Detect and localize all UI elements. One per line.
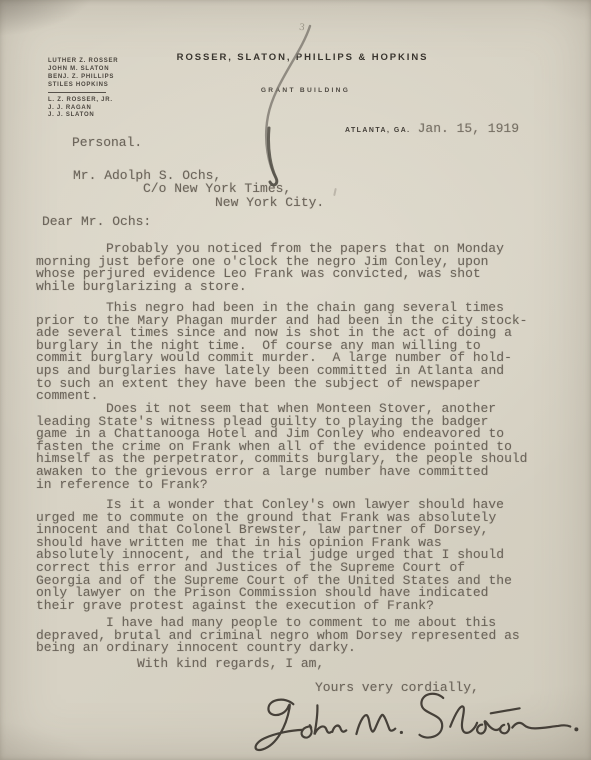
paragraph-4: Is it a wonder that Conley's own lawyer …	[36, 499, 512, 612]
scanned-letter-page: LUTHER Z. ROSSERJOHN M. SLATONBENJ. Z. P…	[0, 0, 591, 760]
recipient-line: New York City.	[215, 196, 324, 209]
letterhead-divider	[48, 92, 106, 93]
partner-name: STILES HOPKINS	[48, 82, 118, 90]
paragraph-line: while burglarizing a store.	[36, 281, 504, 294]
closing-line: With kind regards, I am,	[137, 658, 324, 671]
paragraph-line: their grave protest against the executio…	[36, 600, 512, 613]
partner-name: BENJ. Z. PHILLIPS	[48, 74, 118, 82]
paragraph-line: in reference to Frank?	[36, 479, 527, 492]
paragraph-3: Does it not seem that when Monteen Stove…	[36, 403, 527, 491]
personal-notation: Personal.	[72, 137, 142, 150]
signature-handwriting	[247, 684, 581, 758]
pen-stroke-mark	[252, 18, 332, 193]
partner-list: LUTHER Z. ROSSERJOHN M. SLATONBENJ. Z. P…	[48, 58, 118, 90]
place-label: ATLANTA, GA.	[345, 127, 411, 134]
letterhead-names-block: LUTHER Z. ROSSERJOHN M. SLATONBENJ. Z. P…	[48, 58, 118, 120]
associate-name: L. Z. ROSSER, JR.	[48, 97, 118, 105]
associate-list: L. Z. ROSSER, JR.J. J. RAGANJ. J. SLATON	[48, 97, 118, 121]
salutation: Dear Mr. Ochs:	[42, 216, 151, 229]
partner-name: JOHN M. SLATON	[48, 66, 118, 74]
paragraph-1: Probably you noticed from the papers tha…	[36, 243, 504, 293]
paragraph-5: I have had many people to comment to me …	[36, 617, 520, 655]
associate-name: J. J. SLATON	[48, 112, 118, 120]
dateline: ATLANTA, GA. Jan. 15, 1919	[345, 123, 519, 136]
associate-name: J. J. RAGAN	[48, 105, 118, 113]
partner-name: LUTHER Z. ROSSER	[48, 58, 118, 66]
typed-date: Jan. 15, 1919	[418, 123, 519, 136]
paragraph-line: to such an extent they have been the sub…	[36, 378, 527, 391]
paragraph-line: being an ordinary innocent country darky…	[36, 642, 520, 655]
pencil-page-mark: 3	[298, 23, 305, 34]
paper-smudge	[333, 188, 337, 196]
paragraph-2: This negro had been in the chain gang se…	[36, 302, 527, 403]
